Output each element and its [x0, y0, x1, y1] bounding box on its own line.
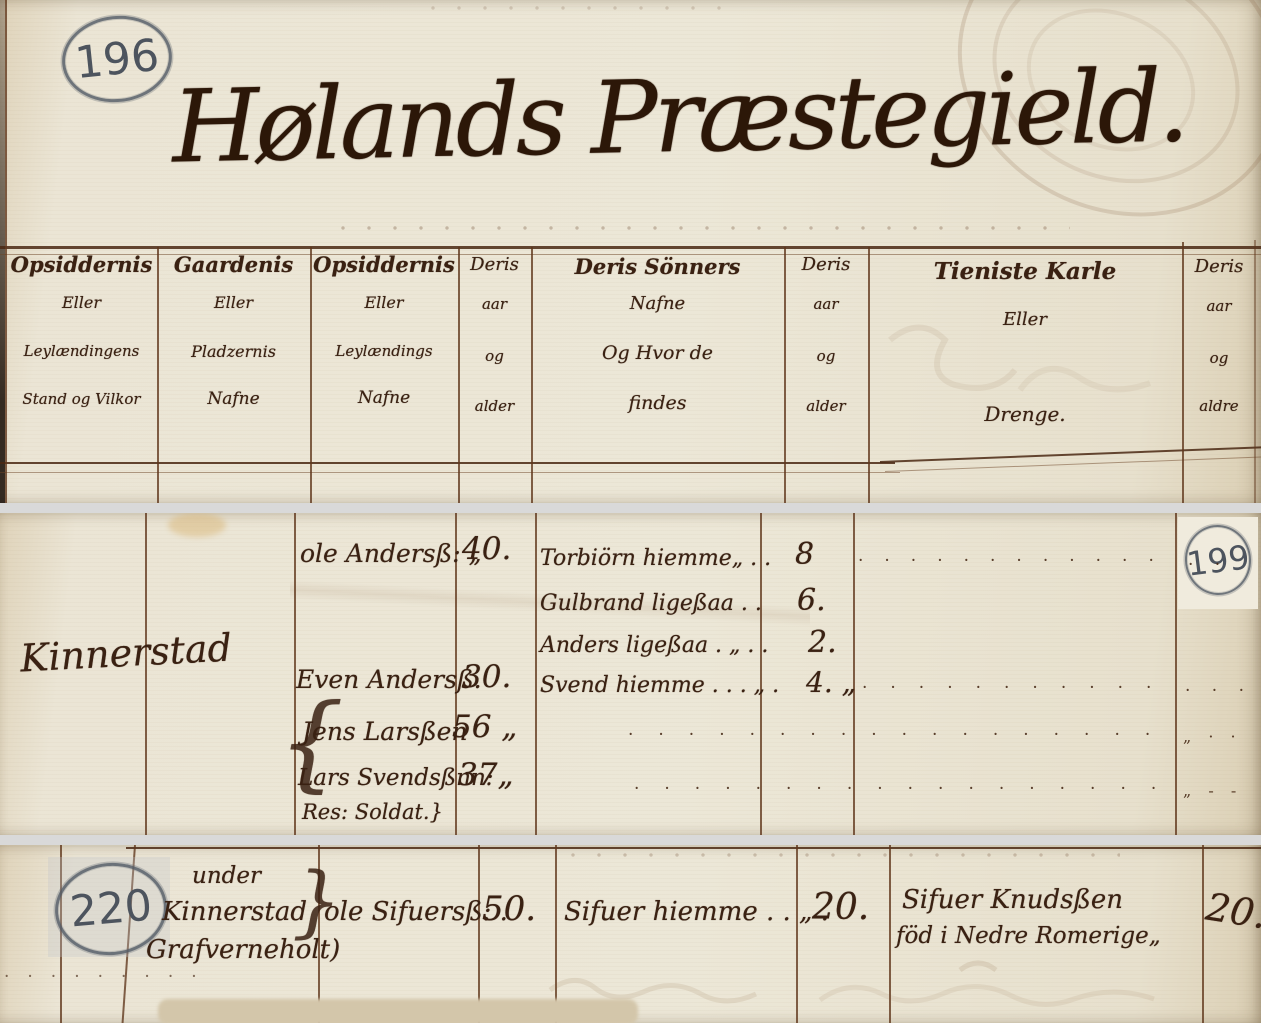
son-name: Gulbrand ligeßaa . .	[540, 591, 762, 616]
ink-specks	[330, 224, 1070, 232]
paper-stain	[168, 513, 226, 537]
header-line: og	[458, 347, 531, 365]
header-line: og	[1182, 349, 1256, 367]
resident-age: 37„	[458, 757, 514, 793]
grid-line-vertical	[1202, 845, 1204, 1023]
grid-line-vertical	[796, 845, 798, 1023]
column-header-stand-og-vilkor: Opsiddernis Eller Leylændingens Stand og…	[6, 252, 157, 408]
page-number-label: 196	[73, 29, 162, 88]
header-line: Eller	[868, 309, 1182, 330]
column-header-aar-og-alder: Deris aar og aldre	[1182, 256, 1256, 415]
grid-line-vertical	[535, 513, 537, 835]
grid-line-horizontal	[0, 246, 1261, 249]
column-header-aar-og-alder: Deris aar og alder	[784, 254, 868, 415]
column-header-sonners-nafne: Deris Sönners Nafne Og Hvor de findes	[531, 254, 784, 414]
header-line: Opsiddernis	[6, 252, 157, 277]
servant-origin: föd i Nedre Romerige„	[896, 923, 1161, 949]
grid-line-vertical	[555, 845, 557, 1023]
header-line: Eller	[310, 293, 458, 312]
farm-name-line: Kinnerstad	[162, 897, 307, 927]
son-age: 4. „	[806, 666, 856, 699]
header-line: Deris Sönners	[531, 254, 784, 279]
header-line: og	[784, 347, 868, 365]
header-line: Leylændingens	[6, 342, 157, 360]
dot-leader: ··················	[628, 725, 1175, 745]
dot-leader: · ·	[1188, 555, 1228, 575]
farm-name-line: under	[192, 863, 261, 889]
grid-line-horizontal	[0, 472, 900, 473]
resident-age: 30.	[462, 659, 511, 695]
ink-specks	[560, 851, 1120, 859]
header-line: Gaardenis	[157, 252, 310, 277]
resident-name: ole Andersß: „	[300, 539, 482, 568]
document-title: Hølands Præstegield.	[171, 47, 1186, 185]
farm-name: Kinnerstad	[19, 625, 233, 680]
servant-age: 20.	[1203, 885, 1261, 938]
page-number-label: 220	[68, 881, 154, 938]
header-line: Eller	[157, 293, 310, 312]
header-line: Opsiddernis	[310, 252, 458, 277]
scan-fragment-middle: 199 Kinnerstad { ole Andersß: „ 40. Even…	[0, 513, 1261, 835]
son-name: Svend hiemme . . . „ .	[540, 673, 779, 698]
grid-line-vertical	[478, 845, 480, 1023]
header-line: Leylændings	[310, 342, 458, 360]
dot-leader: · · ·	[1185, 681, 1252, 701]
header-line: Nafne	[531, 293, 784, 314]
grid-line-vertical	[889, 845, 891, 1023]
header-line: Stand og Vilkor	[6, 390, 157, 408]
dot-leader: ···········	[862, 678, 1174, 698]
resident-note: Res: Soldat.}	[302, 800, 443, 824]
dot-leader: ·········	[4, 967, 215, 987]
dot-leader: „ · ·	[1183, 727, 1242, 746]
resident-age: 56 „	[452, 709, 517, 745]
header-line: aar	[1182, 297, 1256, 315]
header-line: aar	[458, 295, 531, 313]
dot-leader: ············	[858, 551, 1175, 571]
son-age: 2.	[808, 625, 837, 660]
son-age: 8	[795, 537, 814, 572]
header-line: aldre	[1182, 397, 1256, 415]
column-header-opsiddernis-nafne: Opsiddernis Eller Leylændings Nafne	[310, 252, 458, 408]
resident-name: Even Andersß.	[296, 665, 482, 694]
resident-name: ole Sifuersß: .	[324, 897, 508, 927]
header-line: findes	[531, 392, 784, 414]
grid-line-horizontal	[126, 847, 1261, 849]
header-line: Og Hvor de	[531, 342, 784, 364]
header-line: alder	[784, 397, 868, 415]
son-name: Anders ligeßaa . „ . .	[540, 633, 768, 658]
header-line: Drenge.	[868, 402, 1182, 426]
page-number-badge: 196	[58, 10, 176, 107]
header-line: Deris	[784, 254, 868, 275]
dot-leader: ··················	[634, 779, 1181, 799]
scan-fragment-top: 196 Hølands Præstegield. Opsiddernis Ell…	[0, 0, 1261, 503]
son-age: 6.	[797, 583, 826, 618]
header-line: Tieniste Karle	[868, 258, 1182, 285]
scan-fragment-bottom: 220 under Kinnerstad Grafverneholt) } ol…	[0, 845, 1261, 1023]
son-name: Torbiörn hiemme„ . .	[540, 546, 771, 571]
header-line: Nafne	[157, 389, 310, 409]
resident-age: 40.	[462, 531, 511, 567]
header-line: alder	[458, 397, 531, 415]
ink-specks	[420, 4, 740, 11]
resident-age: 50.	[482, 889, 536, 929]
grid-line-horizontal	[0, 462, 895, 464]
grid-line-horizontal	[880, 446, 1261, 463]
paper-patch	[158, 999, 638, 1023]
son-age: 20.	[812, 887, 869, 928]
column-header-tieniste-karle: Tieniste Karle Eller Drenge.	[868, 258, 1182, 426]
son-name: Sifuer hiemme . . „ .	[564, 897, 829, 927]
column-header-gaardenis-nafne: Gaardenis Eller Pladzernis Nafne	[157, 252, 310, 409]
dot-leader: „ - -	[1183, 781, 1242, 800]
header-line: Deris	[1182, 256, 1256, 277]
servant-name: Sifuer Knudsßen	[902, 885, 1123, 915]
header-line: aar	[784, 295, 868, 313]
header-line: Deris	[458, 254, 531, 275]
resident-name: Jens Larsßen	[302, 717, 468, 746]
grid-line-vertical	[60, 845, 62, 1023]
header-line: Pladzernis	[157, 342, 310, 361]
header-line: Eller	[6, 293, 157, 312]
manuscript-scan: 196 Hølands Præstegield. Opsiddernis Ell…	[0, 0, 1261, 1023]
header-line: Nafne	[310, 388, 458, 408]
column-header-aar-og-alder: Deris aar og alder	[458, 254, 531, 415]
